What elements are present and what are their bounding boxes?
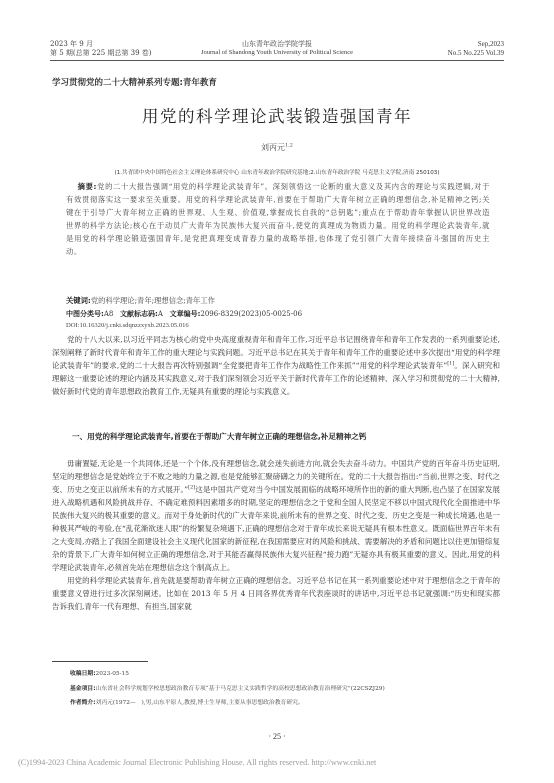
article-title: 用党的科学理论武装锻造强国青年	[0, 103, 554, 127]
author-bio-label: 作者简介:	[70, 700, 96, 706]
author: 刘丙元1,2	[0, 142, 554, 153]
classification-meta: 中图分类号:A8 文献标志码:A 文章编号:2096-8329(2023)05-…	[66, 309, 302, 319]
header-issue-en: No.5 No.225 Vol.39	[448, 49, 504, 58]
footnote-received: 收稿日期:2023-05-15	[70, 668, 129, 677]
intro-paragraph: 党的十八大以来,以习近平同志为核心的党中央高度重视青年和青年工作,习近平总书记围…	[52, 333, 500, 398]
journal-name-cn: 山东青年政治学院学报	[50, 40, 504, 49]
column-label: 学习贯彻党的二十大精神系列专题:青年教育	[52, 76, 217, 88]
intro-text-1: 党的十八大以来,以习近平同志为核心的党中央高度重视青年和青年工作,习近平总书记围…	[52, 335, 500, 370]
doc-code-label: 文献标志码:	[120, 310, 158, 318]
section-1-heading: 一、用党的科学理论武装青年,首要在于帮助广大青年树立正确的理想信念,补足精神之钙	[72, 431, 366, 442]
clc-value: A8	[104, 310, 114, 318]
keywords-text: 党的科学理论;青年;理想信念;青年工作	[91, 296, 215, 305]
received-label: 收稿日期:	[70, 671, 96, 677]
doi: DOI:10.16320/j.cnki.sdqnzzxyxb.2023.05.0…	[66, 322, 189, 329]
article-no-label: 文章编号:	[170, 310, 201, 318]
running-header: 2023 年 9 月 第 5 期(总第 225 期总第 39 卷) 山东青年政治…	[50, 40, 504, 62]
header-issue-info-en: Sep,2023 No.5 No.225 Vol.39	[448, 40, 504, 57]
article-no-value: 2096-8329(2023)05-0025-06	[200, 310, 302, 318]
abstract-label: 摘要:	[78, 182, 97, 191]
keywords: 关键词:党的科学理论;青年;理想信念;青年工作	[66, 296, 215, 306]
header-journal-name: 山东青年政治学院学报 Journal of Shandong Youth Uni…	[50, 40, 504, 57]
author-name: 刘丙元	[261, 143, 285, 152]
fund-label: 基金项目:	[70, 686, 96, 692]
abstract: 摘要:党的二十大报告强调“用党的科学理论武装青年”。深刻领悟这一论断的重大意义及…	[66, 180, 490, 258]
clc-label: 中图分类号:	[66, 310, 104, 318]
footnote-fund: 基金项目:山东省社会科学规划学校思想政治教育专项“基于马克思主义实践哲学的高校思…	[70, 683, 385, 692]
abstract-text: 党的二十大报告强调“用党的科学理论武装青年”。深刻领悟这一论断的重大意义及其内含…	[66, 182, 490, 256]
journal-name-en: Journal of Shandong Youth University of …	[50, 49, 504, 58]
author-affiliation-marks: 1,2	[285, 142, 293, 148]
fund-value: 山东省社会科学规划学校思想政治教育专项“基于马克思主义实践哲学的高校思想政治教育…	[96, 686, 385, 692]
section-1-paragraph-2: 用党的科学理论武装青年,首先就是要帮助青年树立正确的理想信念。习近平总书记在其一…	[52, 574, 500, 613]
footnote-rule	[52, 661, 148, 662]
copyright-notice: (C)1994-2023 China Academic Journal Elec…	[18, 758, 376, 767]
header-date-en: Sep,2023	[448, 40, 504, 49]
page-number: · 25 ·	[0, 732, 554, 741]
received-value: 2023-05-15	[96, 671, 129, 677]
para1-text-2: 这是中国共产党对当今中国发展面临的战略环境所作出的新的重大判断,也凸显了在国家发…	[52, 485, 500, 572]
keywords-label: 关键词:	[66, 296, 91, 305]
section-1-paragraph-1: 毋庸置疑,无论是一个共同体,还是一个个体,没有理想信念,就会迷失前进方向,就会失…	[52, 457, 500, 574]
author-bio-value: 刘丙元(1972— ),男,山东平原人,教授,博士生导师,主要从事思想政治教育研…	[96, 700, 304, 706]
section-1-body: 毋庸置疑,无论是一个共同体,还是一个个体,没有理想信念,就会迷失前进方向,就会失…	[52, 457, 500, 613]
affiliation: (1.共青团中央中国特色社会主义理论体系研究中心 山东青年政治学院研究基地;2.…	[0, 168, 554, 176]
doc-code-value: A	[158, 310, 163, 318]
header-rule	[50, 60, 504, 61]
footnote-author: 作者简介:刘丙元(1972— ),男,山东平原人,教授,博士生导师,主要从事思想…	[70, 697, 304, 706]
